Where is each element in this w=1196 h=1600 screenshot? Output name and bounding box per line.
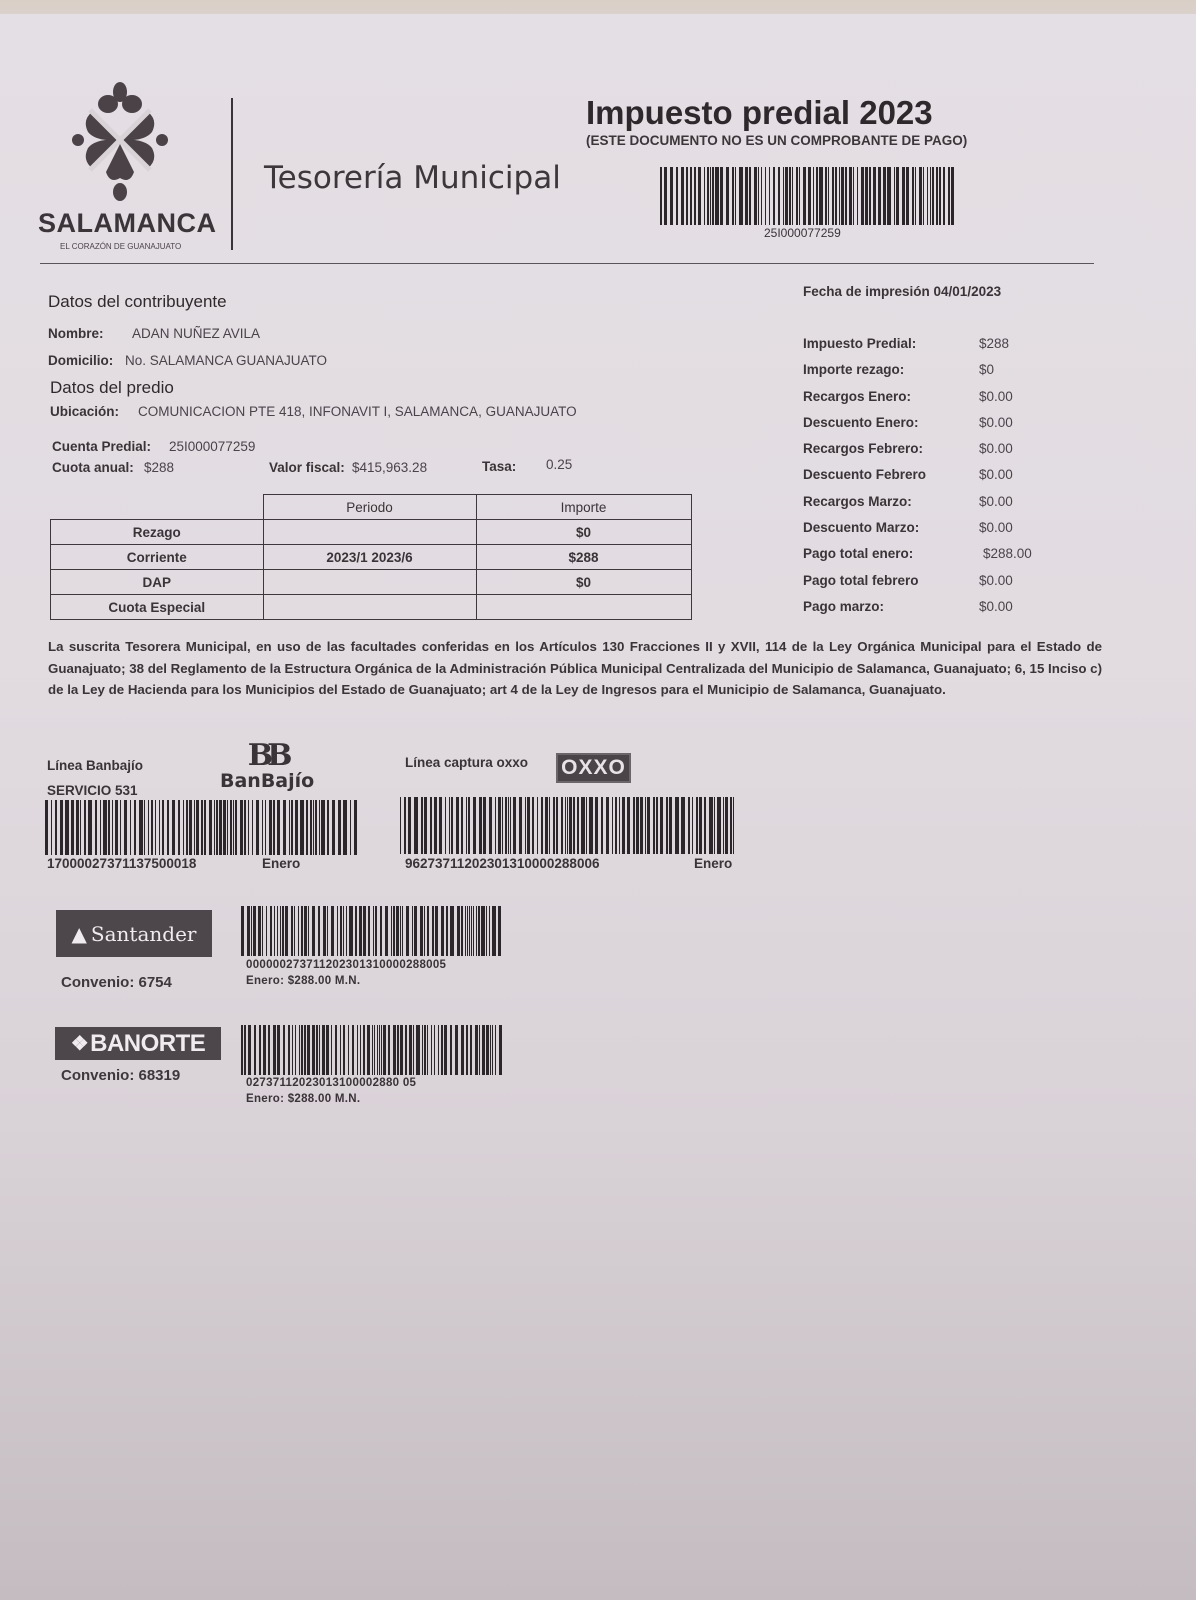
row-concept: DAP [51, 570, 264, 595]
account-barcode-number: 25I000077259 [764, 226, 841, 240]
banorte-barcode [241, 1025, 505, 1075]
department-name: Tesorería Municipal [264, 160, 561, 196]
summary-label: Recargos Marzo: [803, 494, 912, 509]
row-concept: Cuota Especial [51, 595, 264, 620]
banorte-logo-icon: ❖ [71, 1031, 88, 1056]
summary-row: Pago total febrero$0.00 [803, 573, 1063, 599]
banbajio-barcode [45, 800, 361, 855]
summary-row: Pago marzo:$0.00 [803, 599, 1063, 625]
fiscal-value-label: Valor fiscal: [269, 460, 345, 475]
oxxo-label: Línea captura oxxo [405, 755, 528, 770]
table-row: DAP $0 [51, 570, 692, 595]
banbajio-service: SERVICIO 531 [47, 783, 138, 798]
summary-row: Recargos Marzo:$0.00 [803, 494, 1063, 520]
taxpayer-address: No. SALAMANCA GUANAJUATO [125, 353, 327, 368]
row-period [263, 570, 476, 595]
oxxo-barcode [400, 797, 740, 854]
summary-row: Descuento Marzo:$0.00 [803, 520, 1063, 546]
summary-value: $0.00 [979, 520, 1013, 535]
location-label: Ubicación: [50, 404, 119, 419]
banbajio-label: Línea Banbajío [47, 758, 143, 773]
taxpayer-name: ADAN NUÑEZ AVILA [132, 326, 260, 341]
row-concept: Rezago [51, 520, 264, 545]
address-label: Domicilio: [48, 353, 113, 368]
row-amount [476, 595, 691, 620]
document-title: Impuesto predial 2023 [586, 94, 933, 132]
header-rule [40, 263, 1094, 264]
taxpayer-section-title: Datos del contribuyente [48, 292, 227, 312]
row-period: 2023/1 2023/6 [263, 545, 476, 570]
summary-label: Pago marzo: [803, 599, 884, 614]
name-label: Nombre: [48, 326, 104, 341]
fiscal-value: $415,963.28 [352, 460, 427, 475]
account-barcode [660, 167, 956, 225]
banbajio-month: Enero [262, 856, 300, 871]
property-location: COMUNICACION PTE 418, INFONAVIT I, SALAM… [138, 404, 577, 419]
account-number: 25I000077259 [169, 439, 255, 454]
summary-value: $0.00 [979, 494, 1013, 509]
table-row: Cuota Especial [51, 595, 692, 620]
header-divider [231, 98, 233, 250]
summary-row: Recargos Febrero:$0.00 [803, 441, 1063, 467]
table-row: Corriente 2023/1 2023/6 $288 [51, 545, 692, 570]
banorte-barcode-number: 02737112023013100002880 05 [246, 1077, 416, 1089]
salamanca-logo-icon [70, 80, 170, 205]
summary-row: Descuento Enero:$0.00 [803, 415, 1063, 441]
logo-name: SALAMANCA [38, 208, 216, 239]
summary-label: Pago total febrero [803, 573, 919, 588]
annual-fee-label: Cuota anual: [52, 460, 134, 475]
oxxo-logo: OXXO [556, 753, 631, 783]
santander-flame-icon: ▲ [72, 922, 87, 946]
banorte-amount: Enero: $288.00 M.N. [246, 1093, 360, 1105]
table-header-period: Periodo [263, 495, 476, 520]
banbajio-barcode-number: 17000027371137500018 [47, 856, 196, 871]
summary-value: $0.00 [979, 415, 1013, 430]
summary-value: $288.00 [983, 546, 1032, 561]
table-row: Rezago $0 [51, 520, 692, 545]
summary-row: Impuesto Predial:$288 [803, 336, 1063, 362]
account-label: Cuenta Predial: [52, 439, 151, 454]
rate-label: Tasa: [482, 459, 516, 474]
property-section-title: Datos del predio [50, 378, 174, 398]
summary-value: $0.00 [979, 389, 1013, 404]
santander-convenio: Convenio: 6754 [61, 974, 172, 991]
summary-label: Recargos Febrero: [803, 441, 923, 456]
table-header-amount: Importe [476, 495, 691, 520]
rate-value: 0.25 [546, 457, 572, 472]
payment-summary-list: Impuesto Predial:$288Importe rezago:$0Re… [803, 336, 1063, 625]
print-date: Fecha de impresión 04/01/2023 [803, 284, 1001, 299]
row-amount: $288 [476, 545, 691, 570]
summary-value: $0.00 [979, 573, 1013, 588]
summary-row: Importe rezago:$0 [803, 362, 1063, 388]
summary-row: Pago total enero:$288.00 [803, 546, 1063, 572]
summary-value: $0.00 [979, 599, 1013, 614]
summary-label: Descuento Febrero [803, 467, 926, 482]
summary-label: Importe rezago: [803, 362, 904, 377]
row-period [263, 520, 476, 545]
summary-value: $0 [979, 362, 994, 377]
santander-barcode-number: 000000273711202301310000288005 [246, 959, 446, 971]
period-table: Periodo Importe Rezago $0 Corriente 2023… [50, 494, 692, 620]
banorte-convenio: Convenio: 68319 [61, 1067, 180, 1084]
document-disclaimer: (ESTE DOCUMENTO NO ES UN COMPROBANTE DE … [586, 133, 967, 148]
santander-amount: Enero: $288.00 M.N. [246, 975, 360, 987]
summary-label: Recargos Enero: [803, 389, 911, 404]
summary-value: $0.00 [979, 467, 1013, 482]
logo-tagline: EL CORAZÓN DE GUANAJUATO [60, 242, 181, 251]
santander-barcode [241, 906, 505, 956]
summary-value: $0.00 [979, 441, 1013, 456]
legal-paragraph: La suscrita Tesorera Municipal, en uso d… [48, 636, 1102, 701]
summary-row: Recargos Enero:$0.00 [803, 389, 1063, 415]
santander-logo: ▲ Santander [56, 910, 212, 957]
banorte-logo: ❖ BANORTE [55, 1027, 221, 1060]
row-concept: Corriente [51, 545, 264, 570]
summary-label: Impuesto Predial: [803, 336, 916, 351]
summary-label: Pago total enero: [803, 546, 913, 561]
oxxo-month: Enero [694, 856, 732, 871]
summary-value: $288 [979, 336, 1009, 351]
summary-label: Descuento Enero: [803, 415, 919, 430]
oxxo-barcode-number: 96273711202301310000288006 [405, 856, 599, 871]
banbajio-logo-icon: BB [220, 741, 314, 771]
summary-row: Descuento Febrero$0.00 [803, 467, 1063, 493]
row-period [263, 595, 476, 620]
banbajio-logo: BB BanBajío [220, 741, 314, 791]
row-amount: $0 [476, 570, 691, 595]
summary-label: Descuento Marzo: [803, 520, 919, 535]
annual-fee: $288 [144, 460, 174, 475]
table-header-concept [51, 495, 264, 520]
row-amount: $0 [476, 520, 691, 545]
